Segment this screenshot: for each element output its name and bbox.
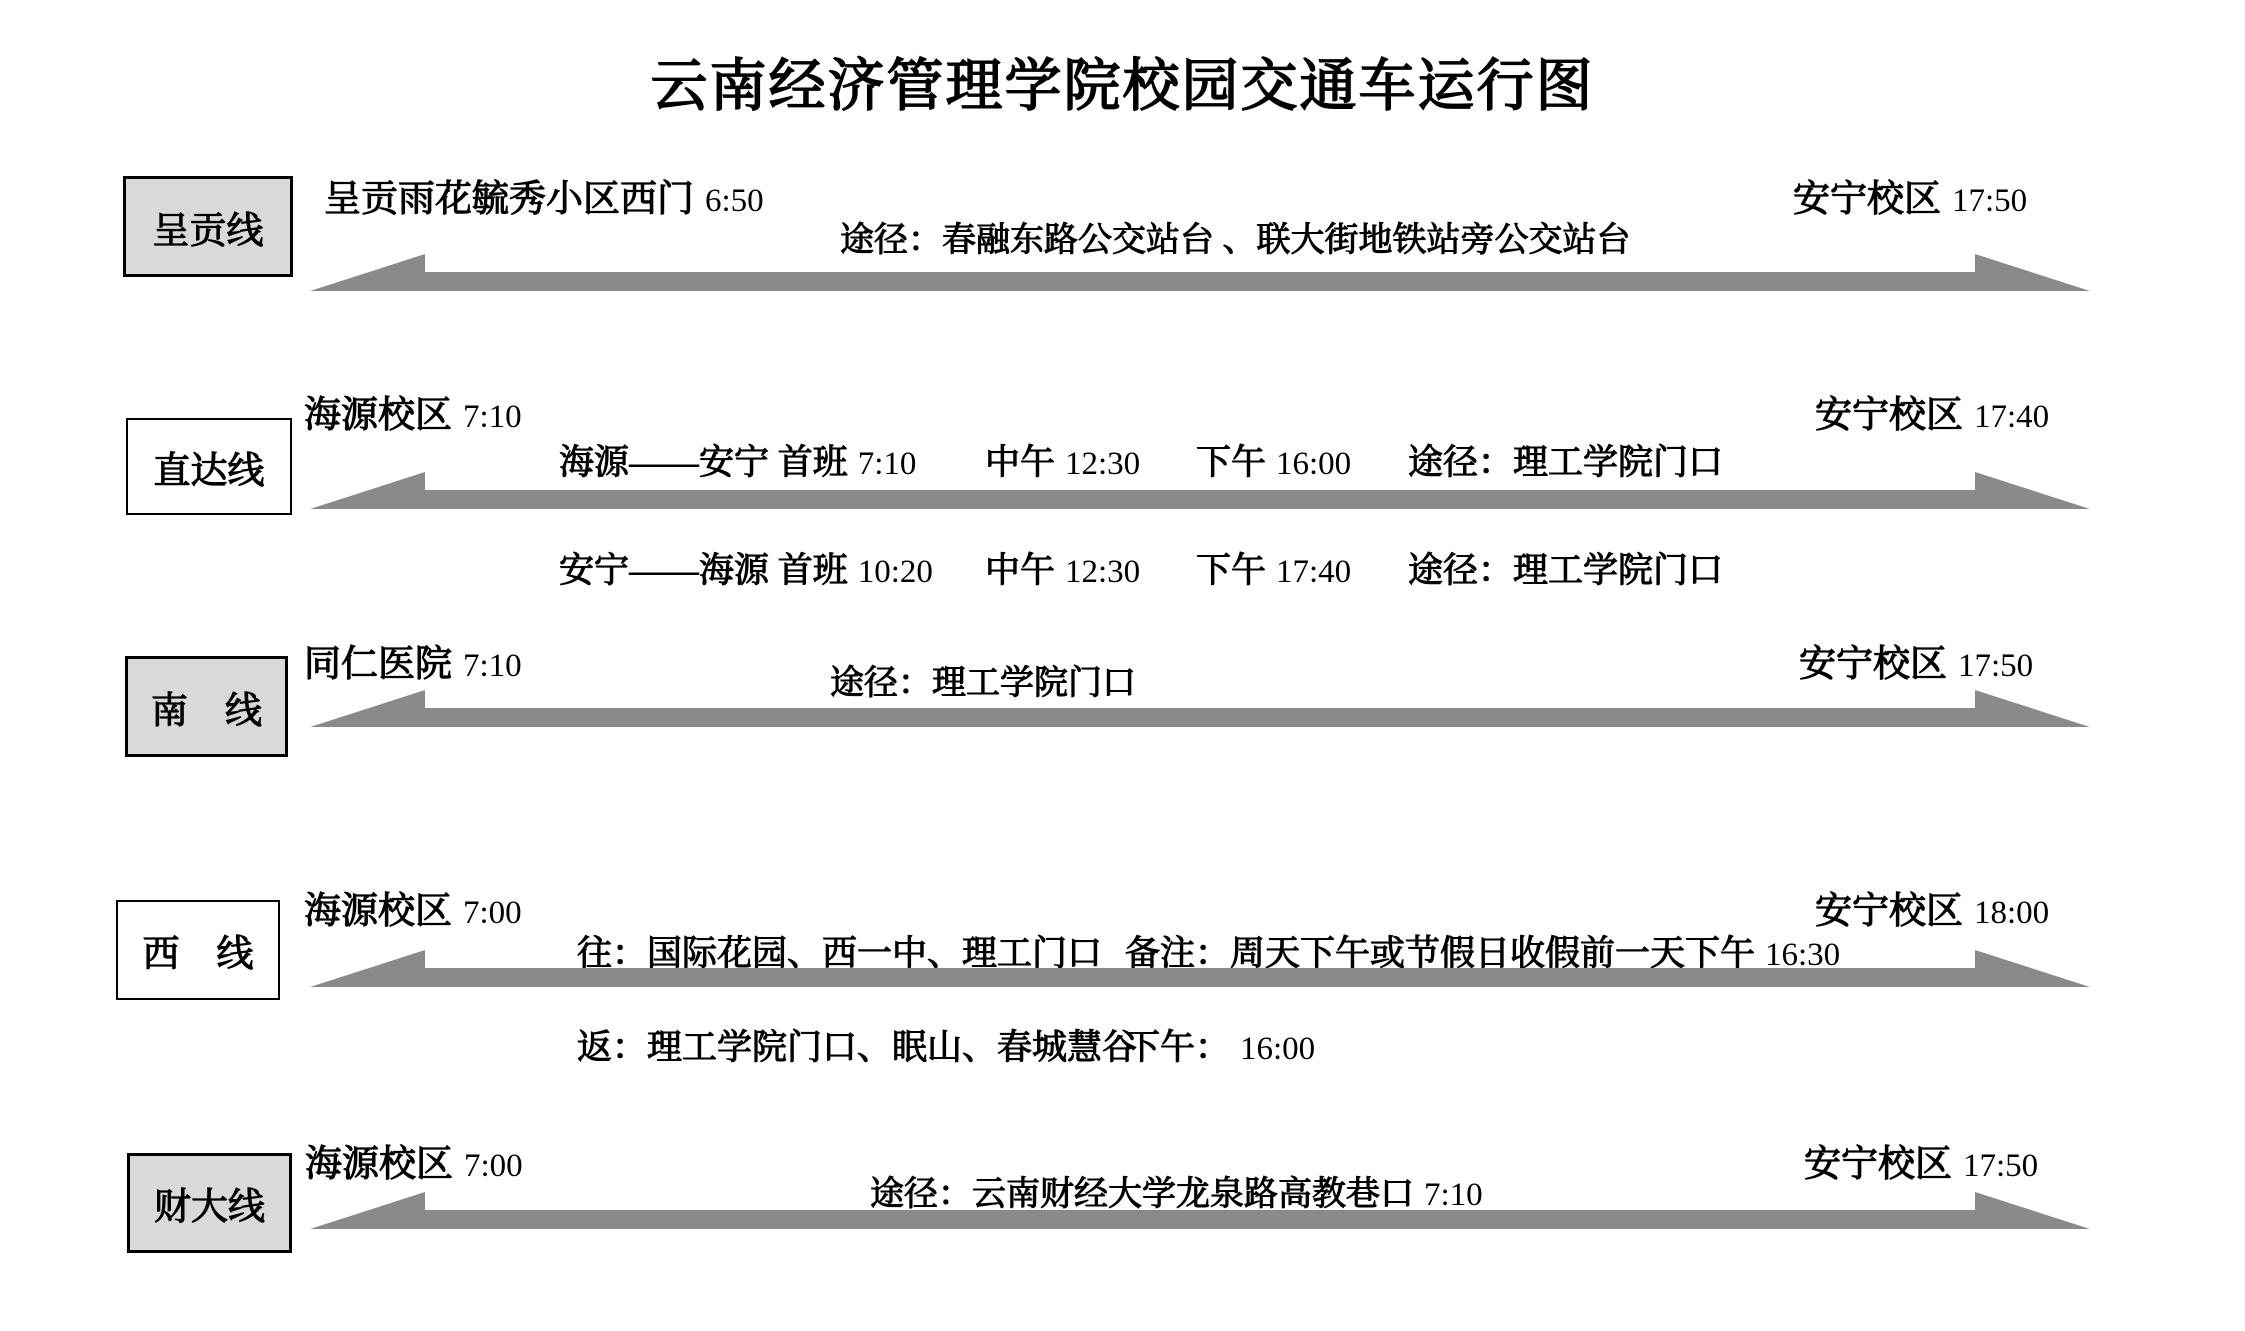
shuttle-route-diagram: 云南经济管理学院校园交通车运行图 呈贡线 呈贡雨花毓秀小区西门6:50 安宁校区… [0, 0, 2245, 1331]
segment-time: 16:00 [1240, 1031, 1315, 1067]
stop-name: 海源校区 [305, 1144, 453, 1185]
stop-name: 海源校区 [304, 395, 452, 436]
stop-name: 安宁校区 [1804, 1144, 1952, 1185]
stop-name: 安宁校区 [1815, 395, 1963, 436]
segment-time: 12:30 [1065, 554, 1140, 590]
route-name-label: 财大线 [154, 1176, 265, 1230]
double-arrow [310, 1192, 2090, 1229]
segment-text: 中午 [985, 551, 1055, 590]
schedule-segment: 返：理工学院门口、眠山、春城慧谷 [577, 1020, 1147, 1070]
schedule-segment: 中午12:30 [985, 543, 1140, 593]
stop-name: 同仁医院 [304, 644, 452, 685]
right-terminal-label: 安宁校区17:50 [1799, 633, 2033, 687]
stop-time: 6:50 [705, 183, 764, 219]
schedule-segment: 下午17:40 [1196, 543, 1351, 593]
segment-text: 下午： [1125, 1028, 1230, 1067]
stop-time: 17:50 [1952, 183, 2027, 219]
stop-name: 安宁校区 [1799, 644, 1947, 685]
schedule-segment: 安宁——海源 首班10:20 [559, 543, 933, 593]
double-arrow [310, 472, 2090, 509]
left-terminal-label: 海源校区7:10 [304, 384, 522, 438]
return-schedule-row: 返：理工学院门口、眠山、春城慧谷 下午：16:00 [0, 1020, 2245, 1064]
stop-name: 呈贡雨花毓秀小区西门 [324, 179, 694, 220]
route-name-label: 南 线 [151, 680, 262, 734]
stop-time: 17:40 [1974, 399, 2049, 435]
return-schedule-row: 安宁——海源 首班10:20 中午12:30 下午17:40 途径：理工学院门口 [0, 543, 2245, 587]
left-terminal-label: 呈贡雨花毓秀小区西门6:50 [324, 168, 764, 222]
stop-time: 7:00 [464, 1148, 523, 1184]
stop-name: 安宁校区 [1793, 179, 1941, 220]
diagram-title: 云南经济管理学院校园交通车运行图 [0, 40, 2245, 122]
stop-time: 17:50 [1963, 1148, 2038, 1184]
left-terminal-label: 海源校区7:00 [305, 1133, 523, 1187]
segment-text: 返：理工学院门口、眠山、春城慧谷 [577, 1028, 1137, 1067]
stop-time: 7:10 [463, 399, 522, 435]
route-name-label: 呈贡线 [153, 200, 264, 254]
stop-time: 17:50 [1958, 648, 2033, 684]
stop-time: 7:10 [463, 648, 522, 684]
schedule-segment: 途径：理工学院门口 [1408, 543, 1733, 593]
route-name-box: 南 线 [125, 656, 288, 757]
route-name-box: 财大线 [127, 1153, 292, 1253]
right-terminal-label: 安宁校区17:50 [1793, 168, 2027, 222]
segment-text: 下午 [1196, 551, 1266, 590]
double-arrow [310, 690, 2090, 727]
segment-time: 17:40 [1276, 554, 1351, 590]
right-terminal-label: 安宁校区17:40 [1815, 384, 2049, 438]
segment-text: 途径：理工学院门口 [1408, 551, 1723, 590]
segment-text: 安宁——海源 首班 [559, 551, 848, 590]
schedule-segment: 下午：16:00 [1125, 1020, 1315, 1070]
right-terminal-label: 安宁校区17:50 [1804, 1133, 2038, 1187]
double-arrow [310, 950, 2090, 987]
segment-time: 10:20 [858, 554, 933, 590]
route-name-box: 呈贡线 [123, 176, 293, 277]
double-arrow [310, 254, 2090, 291]
left-terminal-label: 同仁医院7:10 [304, 633, 522, 687]
